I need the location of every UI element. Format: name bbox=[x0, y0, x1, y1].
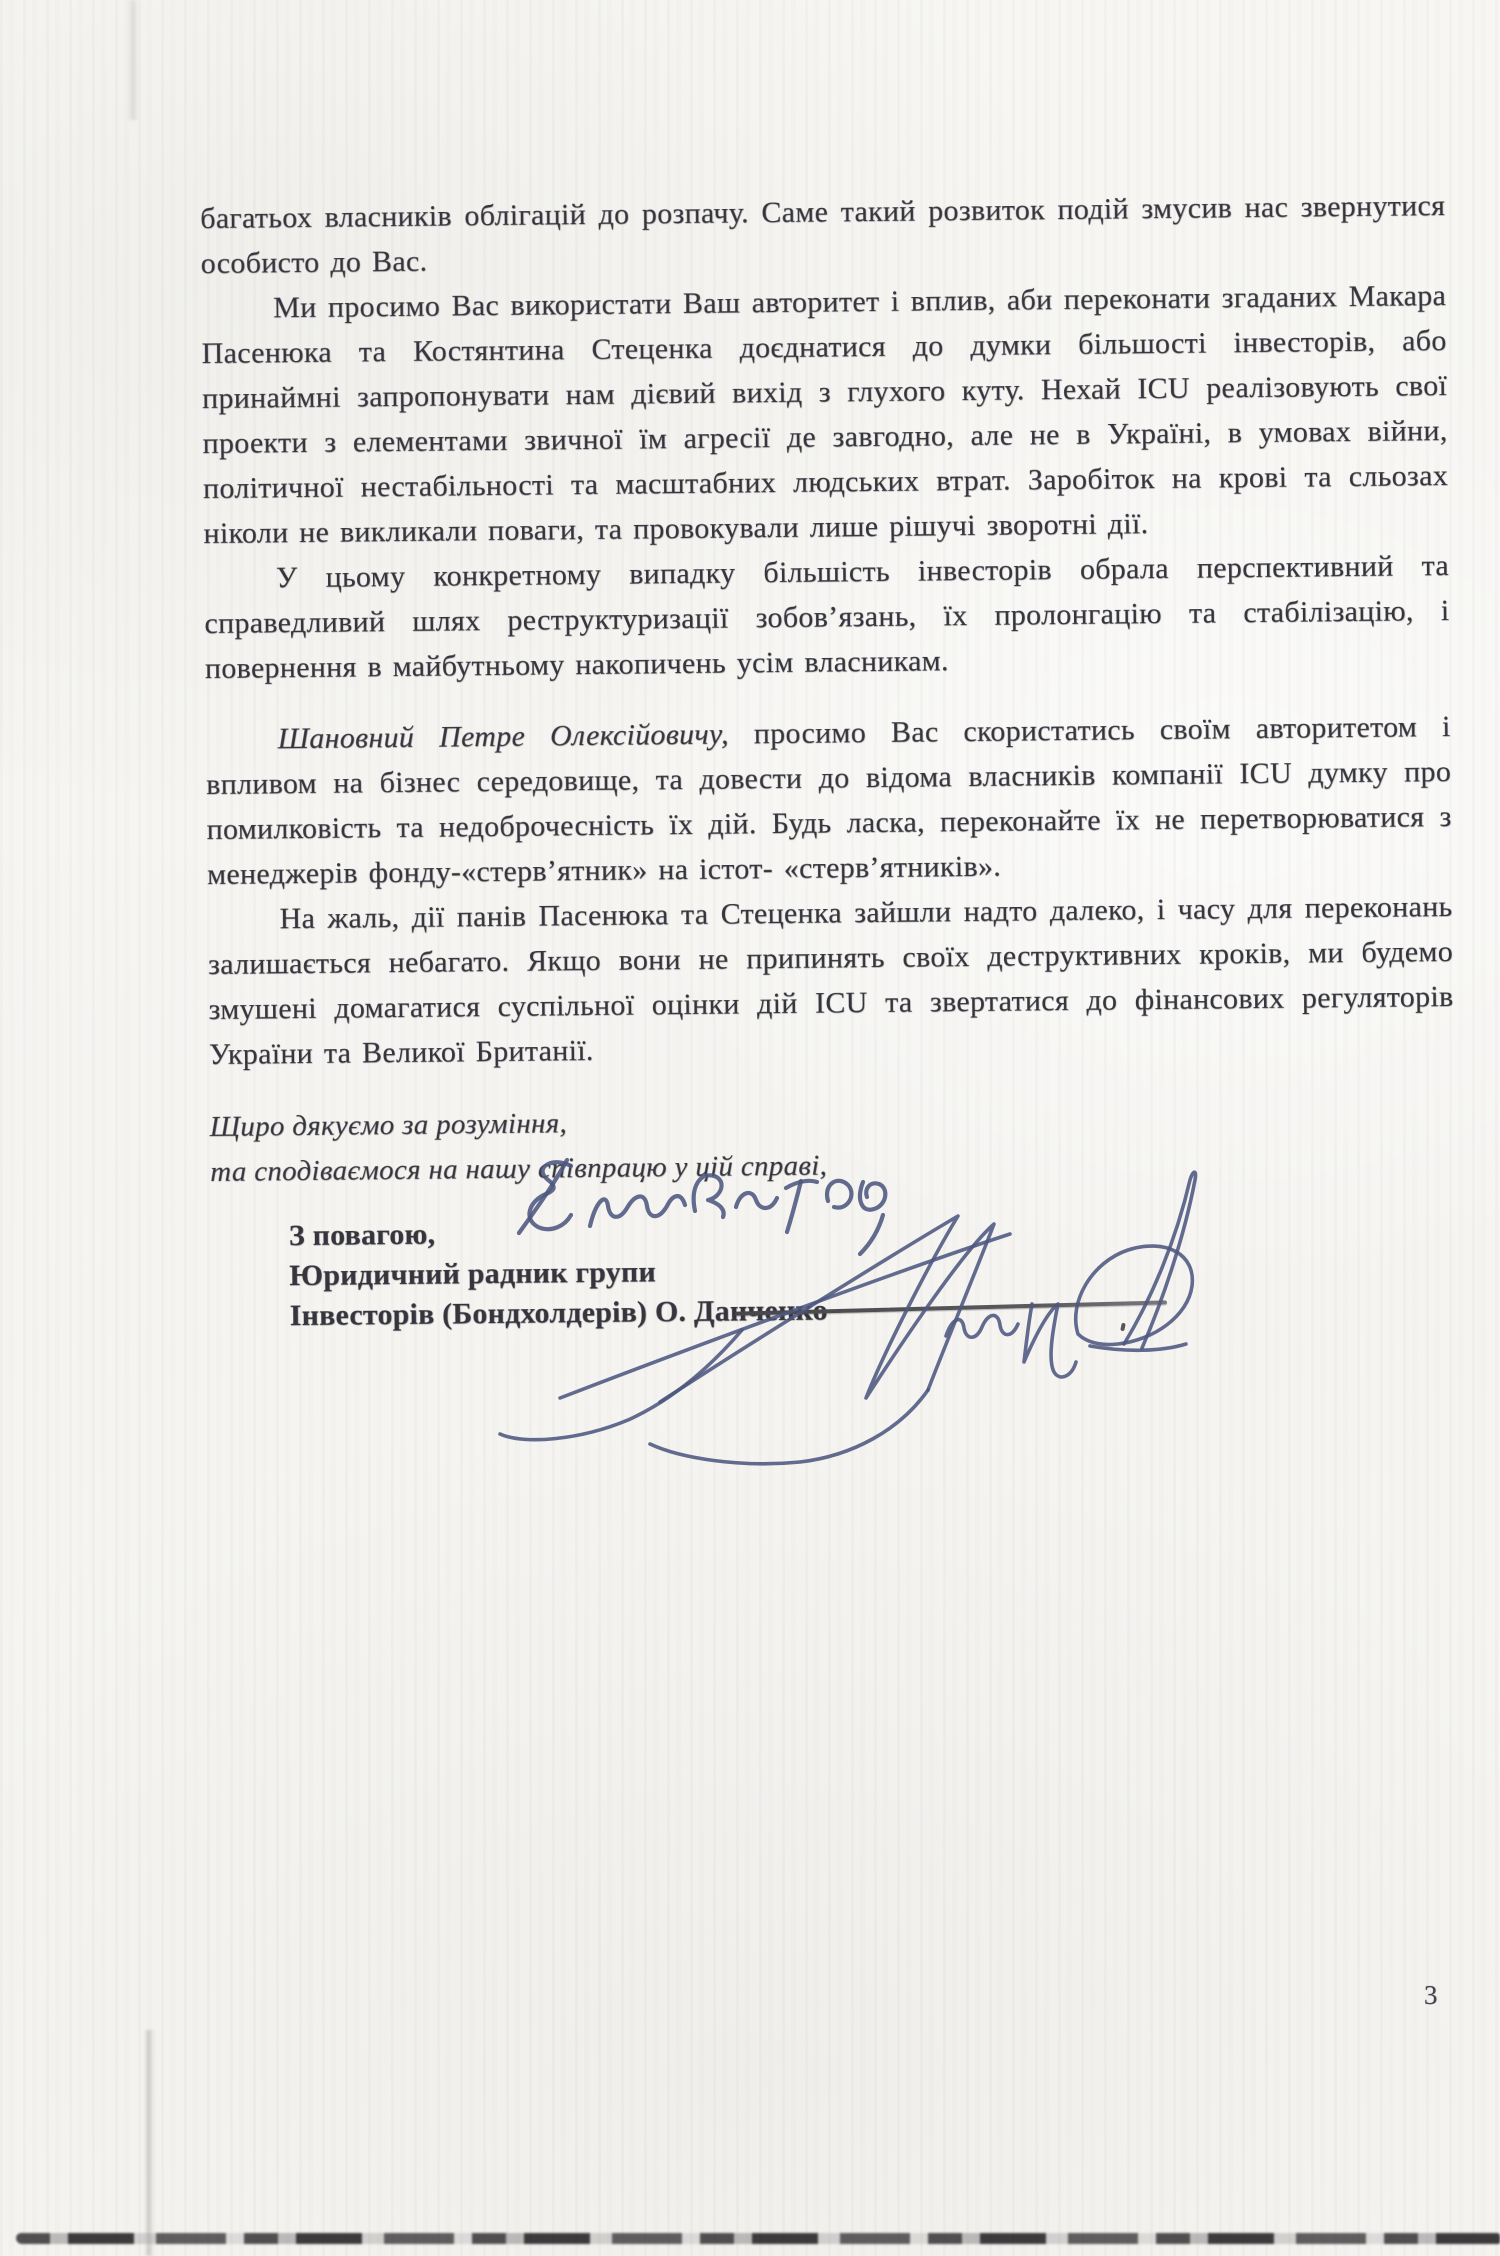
paper-crease-top bbox=[128, 0, 138, 120]
paper-crease-bottom bbox=[144, 2030, 156, 2256]
scanned-letter-page: багатьох власників облігацій до розпачу.… bbox=[0, 0, 1500, 2256]
letter-content: багатьох власників облігацій до розпачу.… bbox=[200, 183, 1454, 1077]
closing-lines: Щиро дякуємо за розуміння, та сподіваємо… bbox=[210, 1098, 828, 1194]
paragraph-warning: На жаль, дії панів Пасенюка та Стеценка … bbox=[207, 884, 1454, 1077]
paragraph-request: Ми просимо Вас використати Ваш авторитет… bbox=[201, 273, 1449, 556]
paragraph-investors-position: У цьому конкретному випадку більшість ін… bbox=[204, 543, 1450, 691]
signature-title-line1: Юридичний радник групи bbox=[289, 1250, 827, 1296]
letter-body: багатьох власників облігацій до розпачу.… bbox=[200, 183, 1454, 1077]
paragraph-continuation: багатьох власників облігацій до розпачу.… bbox=[200, 183, 1446, 286]
closing-line-2: та сподіваємося на нашу співпрацю у цій … bbox=[210, 1143, 827, 1194]
scan-edge bbox=[16, 2233, 1500, 2244]
signature-block: З повагою, Юридичний радник групи Інвест… bbox=[289, 1210, 828, 1336]
paragraph-appeal: Шановний Петре Олексійовичу, просимо Вас… bbox=[205, 704, 1452, 897]
signature-salutation: З повагою, bbox=[289, 1210, 827, 1256]
closing-line-1: Щиро дякуємо за розуміння, bbox=[210, 1098, 827, 1149]
salutation-italic: Шановний Петре Олексійовичу, bbox=[278, 717, 730, 755]
page-number: 3 bbox=[1424, 1980, 1438, 2011]
